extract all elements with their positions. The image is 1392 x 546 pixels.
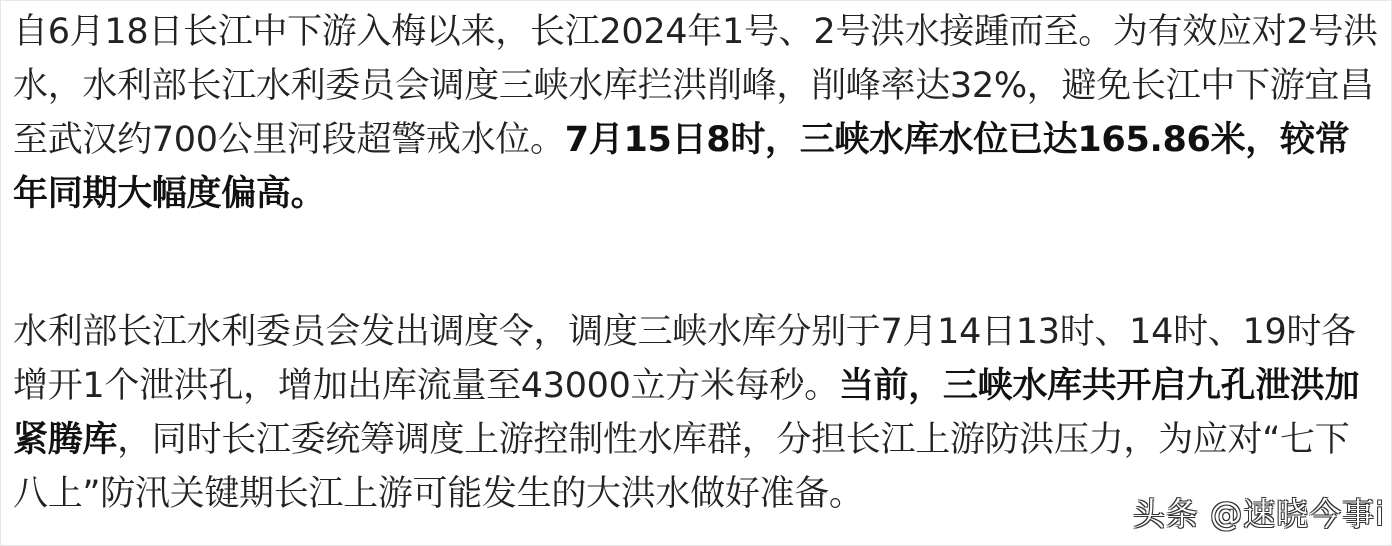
watermark: 头条 @速晓今事i — [1133, 489, 1385, 535]
article-frame: 自6月18日长江中下游入梅以来，长江2024年1号、2号洪水接踵而至。为有效应对… — [0, 0, 1392, 546]
paragraph-1: 自6月18日长江中下游入梅以来，长江2024年1号、2号洪水接踵而至。为有效应对… — [13, 5, 1383, 221]
